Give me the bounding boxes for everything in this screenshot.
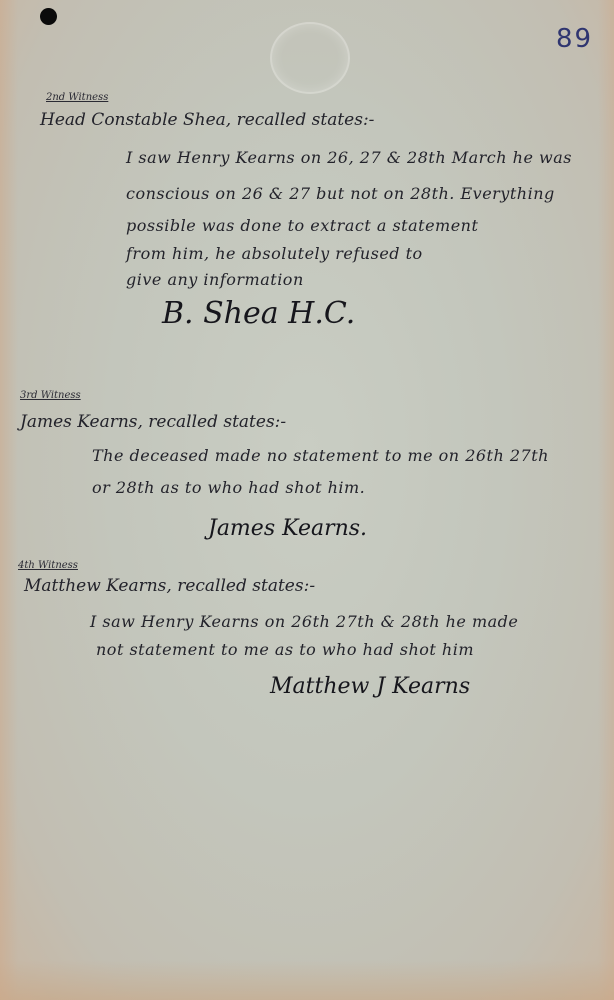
document-page: 89 2nd Witness Head Constable Shea, reca… bbox=[0, 0, 614, 1000]
witness-label: 4th Witness bbox=[18, 560, 78, 571]
embossed-seal bbox=[270, 22, 350, 94]
folio-number: 89 bbox=[556, 24, 593, 54]
witness-heading: Matthew Kearns, recalled states:- bbox=[24, 576, 315, 596]
witness-heading: James Kearns, recalled states:- bbox=[20, 412, 286, 432]
statement-line: not statement to me as to who had shot h… bbox=[96, 640, 474, 659]
witness-signature: James Kearns. bbox=[208, 516, 367, 541]
statement-line: give any information bbox=[126, 270, 304, 289]
witness-signature: B. Shea H.C. bbox=[162, 296, 355, 331]
witness-label: 3rd Witness bbox=[20, 390, 81, 401]
statement-line: or 28th as to who had shot him. bbox=[92, 478, 365, 497]
witness-label: 2nd Witness bbox=[46, 92, 108, 103]
statement-line: possible was done to extract a statement bbox=[126, 216, 478, 235]
witness-signature: Matthew J Kearns bbox=[270, 674, 470, 699]
statement-line: from him, he absolutely refused to bbox=[126, 244, 423, 263]
statement-line: I saw Henry Kearns on 26th 27th & 28th h… bbox=[90, 612, 518, 631]
statement-line: The deceased made no statement to me on … bbox=[92, 446, 549, 465]
statement-line: conscious on 26 & 27 but not on 28th. Ev… bbox=[126, 184, 555, 203]
witness-heading: Head Constable Shea, recalled states:- bbox=[40, 110, 374, 130]
statement-line: I saw Henry Kearns on 26, 27 & 28th Marc… bbox=[126, 148, 572, 167]
punch-hole bbox=[40, 8, 57, 25]
